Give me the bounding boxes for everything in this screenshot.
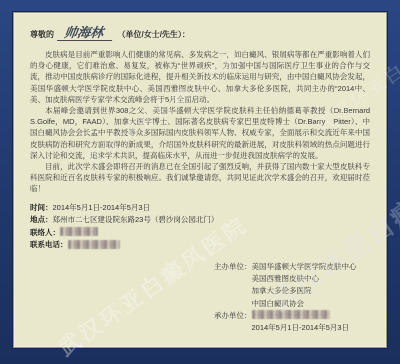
undertaker-label: 承办单位： [214,310,252,334]
host-item: 中国白癜风协会 [252,298,357,310]
undertaker-list: 2014年5月1日-2014年5月3日 [252,310,350,334]
host-row: 主办单位： 美国华盛顿大学医学院皮肤中心 美国西雅图皮肤中心 加拿大多伦多医院 … [214,261,370,310]
greeting-prefix: 尊敬的 [30,30,54,39]
place-value: 郑州市二七区建设院东路23号（碧沙岗公园北门） [53,215,219,224]
place-line: 地点：郑州市二七区建设院东路23号（碧沙岗公园北门） [30,214,370,227]
greeting-line: 尊敬的 帅海林 （单位/女士/先生）： [30,27,370,45]
time-label: 时间： [30,203,53,212]
paragraph-1: 皮肤病是目前严重影响人们健康的常见病、多发病之一，如白癜风、银屑病等都在严重影响… [30,49,370,105]
undertaker-row: 承办单位： 2014年5月1日-2014年5月3日 [214,310,370,334]
letter-paper: 尊敬的 帅海林 （单位/女士/先生）： 皮肤病是目前严重影响人们健康的常见病、多… [13,12,387,348]
phone-redacted-value [68,240,120,249]
footer-date: 2014年5月1日-2014年5月3日 [252,322,350,334]
place-label: 地点： [30,215,53,224]
paragraph-3: 目前，此次学术盛会即将召开的消息已在全国引起了强烈反响，并获得了国内数十家大型皮… [30,161,370,195]
recipient-name: 帅海林 [57,27,114,41]
host-item: 美国西雅图皮肤中心 [252,273,357,285]
phone-line: 联系电话： [30,239,370,252]
contact-redacted-value [60,227,98,236]
contact-label: 联络人： [30,228,60,237]
host-item: 美国华盛顿大学医学院皮肤中心 [252,261,357,273]
letter-body: 皮肤病是目前严重影响人们健康的常见病、多发病之一，如白癜风、银屑病等都在严重影响… [30,49,370,195]
host-item: 加拿大多伦多医院 [252,285,357,297]
event-info: 时间：2014年5月1日-2014年5月3日 地点：郑州市二七区建设院东路23号… [30,202,370,252]
letter-frame: 尊敬的 帅海林 （单位/女士/先生）： 皮肤病是目前严重影响人们健康的常见病、多… [0,0,400,364]
host-label: 主办单位： [214,261,252,310]
contact-line: 联络人： [30,227,370,240]
host-list: 美国华盛顿大学医学院皮肤中心 美国西雅图皮肤中心 加拿大多伦多医院 中国白癜风协… [252,261,357,310]
paragraph-2: 本届峰会邀请到世界308之父、美国华盛顿大学医学院皮肤科主任伯纳德葛菲教授（Dr… [30,105,370,161]
greeting-suffix: （单位/女士/先生）： [117,30,189,39]
time-line: 时间：2014年5月1日-2014年5月3日 [30,202,370,215]
undertaker-redacted-value [252,310,330,319]
phone-label: 联系电话： [30,240,68,249]
time-value: 2014年5月1日-2014年5月3日 [53,203,151,212]
organizer-block: 主办单位： 美国华盛顿大学医学院皮肤中心 美国西雅图皮肤中心 加拿大多伦多医院 … [214,261,370,334]
